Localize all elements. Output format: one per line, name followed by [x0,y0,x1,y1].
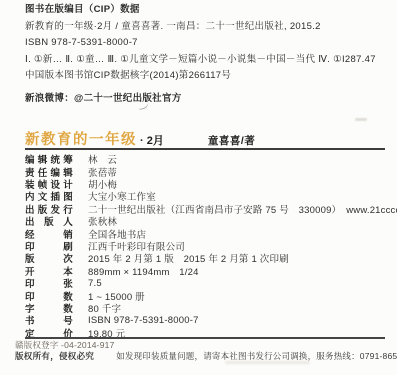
copyright-page: 图书在版编目（CIP）数据 新教育的一年级·2月 / 童喜喜著. 一南昌：二十一… [0,0,397,375]
colophon-row: 印刷江西千叶彩印有限公司 [25,240,397,252]
colophon-row: 开本889mm × 1194mm 1/24 [25,265,397,277]
colophon-row: 版次2015 年 2 月第 1 版 2015 年 2 月第 1 次印刷 [25,252,397,264]
cip-isbn-line: ISBN 978-7-5391-8000-7 [25,35,376,52]
book-title: 新教育的一年级 [25,128,137,149]
colophon-row: 印张7.5 [25,277,397,289]
cip-title-line: 新教育的一年级·2月 / 童喜喜著. 一南昌：二十一世纪出版社, 2015.2 [25,19,376,36]
book-author: 童喜喜/著 [208,133,255,148]
colophon-row: 编辑统筹林 云 [25,153,397,165]
footer: 赣版权登字 -04-2014-917 版权所有，侵权必究如发现印装质量问题，请寄… [15,341,397,361]
colophon-value: 80 千字 [88,301,121,315]
cip-block: 图书在版编目（CIP）数据 新教育的一年级·2月 / 童喜喜著. 一南昌：二十一… [25,2,376,85]
colophon-row: 字数80 千字 [25,302,397,314]
colophon-value: 7.5 [88,278,102,289]
cip-classification-line: Ⅰ. ①新… Ⅱ. ①童… Ⅲ. ①儿童文学－短篇小说－小说集－中国－当代 Ⅳ.… [25,52,376,69]
colophon-value: 二十一世纪出版社（江西省南昌市子安路 75 号 330009） www.21cc… [88,202,397,216]
registration-number: 赣版权登字 -04-2014-917 [15,341,397,351]
title-divider-rule [25,148,385,150]
colophon-row: 经销全国各地书店 [25,227,397,239]
colophon-row: 装帧设计胡小梅 [25,178,397,190]
scan-smudge [355,118,367,121]
cip-heading: 图书在版编目（CIP）数据 [25,2,376,19]
book-subtitle: · 2月 [140,132,164,148]
colophon-value: ISBN 978-7-5391-8000-7 [88,315,199,326]
copyright-line: 版权所有，侵权必究如发现印装质量问题，请寄本社图书发行公司调换，服务热线：079… [15,352,397,362]
colophon-row: 印数1 ~ 15000 册 [25,289,397,301]
colophon-row: 出版发行二十一世纪出版社（江西省南昌市子安路 75 号 330009） www.… [25,203,397,215]
title-block: 新教育的一年级 · 2月 童喜喜/著 [25,128,255,149]
quality-notice: 如发现印装质量问题，请寄本社图书发行公司调换，服务热线：0791-8651205… [116,351,397,361]
colophon-row: 责任编辑张蓓蒂 [25,165,397,177]
colophon-table: 编辑统筹林 云 责任编辑张蓓蒂 装帧设计胡小梅 内文插图大宝小寒工作室 出版发行… [25,153,397,339]
colophon-row: 书号ISBN 978-7-5391-8000-7 [25,314,397,326]
colophon-row: 出版人张秋林 [25,215,397,227]
footer-divider-rule [25,337,385,339]
copyright-notice: 版权所有，侵权必究 [15,351,94,361]
pen-mark-artifact [137,101,149,110]
colophon-value: 889mm × 1194mm 1/24 [88,264,199,278]
weibo-line: 新浪微博：@二十一世纪出版社官方 [25,90,182,104]
colophon-row: 内文插图大宝小寒工作室 [25,190,397,202]
scan-smudge [225,361,310,364]
cip-record-line: 中国版本图书馆CIP数据核字(2014)第266117号 [25,68,376,85]
